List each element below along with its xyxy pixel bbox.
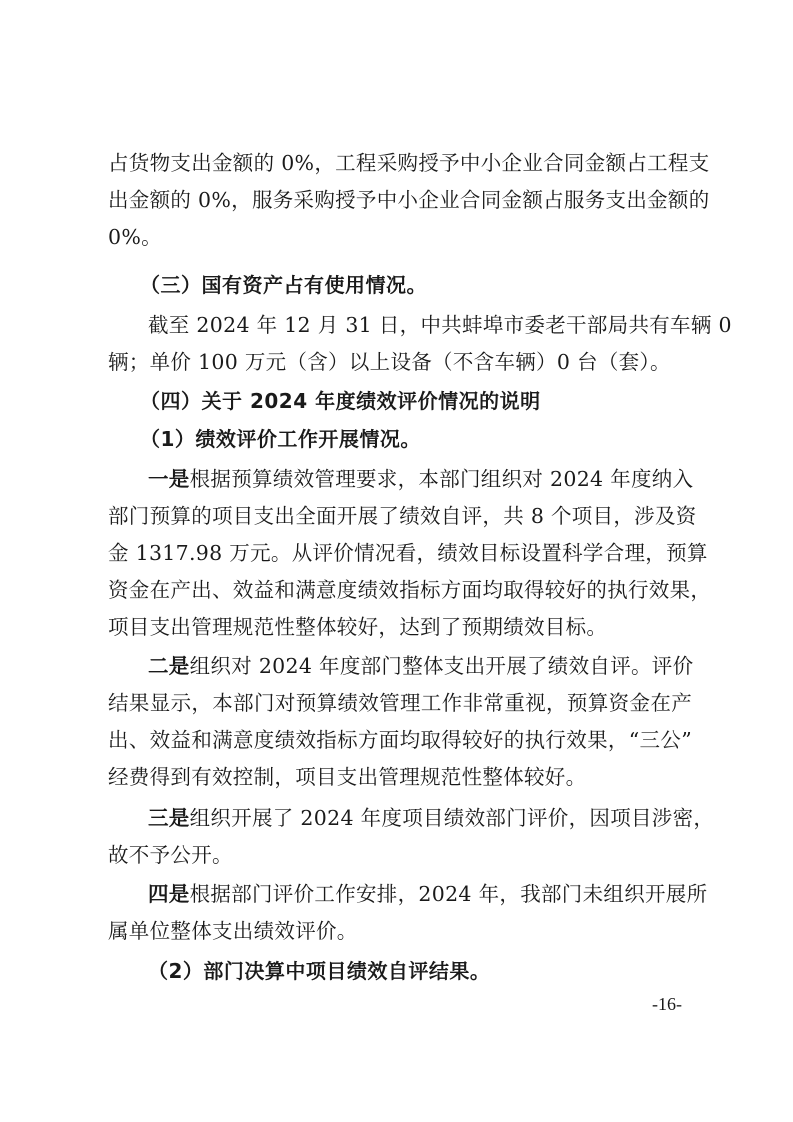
body-text-line: 金 1317.98 万元。从评价情况看，绩效目标设置科学合理，预算 — [108, 535, 692, 572]
lead-label: 四是 — [148, 882, 190, 906]
body-text-line: 二是组织对 2024 年度部门整体支出开展了绩效自评。评价 — [148, 648, 692, 685]
body-text-line: 资金在产出、效益和满意度绩效指标方面均取得较好的执行效果， — [108, 572, 692, 609]
body-text-line: 辆；单价 100 万元（含）以上设备（不含车辆）0 台（套）。 — [108, 344, 692, 381]
lead-label: 二是 — [148, 654, 190, 678]
body-text-line: 项目支出管理规范性整体较好，达到了预期绩效目标。 — [108, 609, 692, 646]
body-text-line: 结果显示，本部门对预算绩效管理工作非常重视，预算资金在产 — [108, 685, 692, 722]
body-text-line: 故不予公开。 — [108, 837, 692, 874]
body-text-line: 截至 2024 年 12 月 31 日，中共蚌埠市委老干部局共有车辆 0 — [148, 307, 692, 344]
body-text: 组织对 2024 年度部门整体支出开展了绩效自评。评价 — [190, 654, 694, 678]
body-text: 根据部门评价工作安排，2024 年，我部门未组织开展所 — [190, 882, 708, 906]
body-text-line: 占货物支出金额的 0%，工程采购授予中小企业合同金额占工程支 — [108, 145, 692, 182]
body-text-line: 属单位整体支出绩效评价。 — [108, 913, 692, 950]
body-text-line: 出、效益和满意度绩效指标方面均取得较好的执行效果，“三公” — [108, 722, 692, 759]
subsection-heading-2: （2）部门决算中项目绩效自评结果。 — [148, 953, 732, 990]
document-page: 占货物支出金额的 0%，工程采购授予中小企业合同金额占工程支 出金额的 0%，服… — [0, 0, 793, 1122]
body-text: 根据预算绩效管理要求，本部门组织对 2024 年度纳入 — [190, 467, 694, 491]
section-heading-3: （三）国有资产占有使用情况。 — [140, 267, 724, 304]
body-text-line: 部门预算的项目支出全面开展了绩效自评，共 8 个项目，涉及资 — [108, 498, 692, 535]
body-text-line: 一是根据预算绩效管理要求，本部门组织对 2024 年度纳入 — [148, 461, 692, 498]
body-text-line: 经费得到有效控制，项目支出管理规范性整体较好。 — [108, 759, 692, 796]
body-text-line: 出金额的 0%，服务采购授予中小企业合同金额占服务支出金额的 — [108, 182, 692, 219]
lead-label: 一是 — [148, 467, 190, 491]
body-text: 组织开展了 2024 年度项目绩效部门评价，因项目涉密， — [190, 806, 715, 830]
page-number: -16- — [652, 994, 682, 1015]
body-text-line: 四是根据部门评价工作安排，2024 年，我部门未组织开展所 — [148, 876, 692, 913]
body-text-line: 0%。 — [108, 219, 692, 256]
body-text-line: 三是组织开展了 2024 年度项目绩效部门评价，因项目涉密， — [148, 800, 692, 837]
lead-label: 三是 — [148, 806, 190, 830]
section-heading-4: （四）关于 2024 年度绩效评价情况的说明 — [140, 383, 724, 420]
subsection-heading-1: （1）绩效评价工作开展情况。 — [140, 421, 724, 458]
